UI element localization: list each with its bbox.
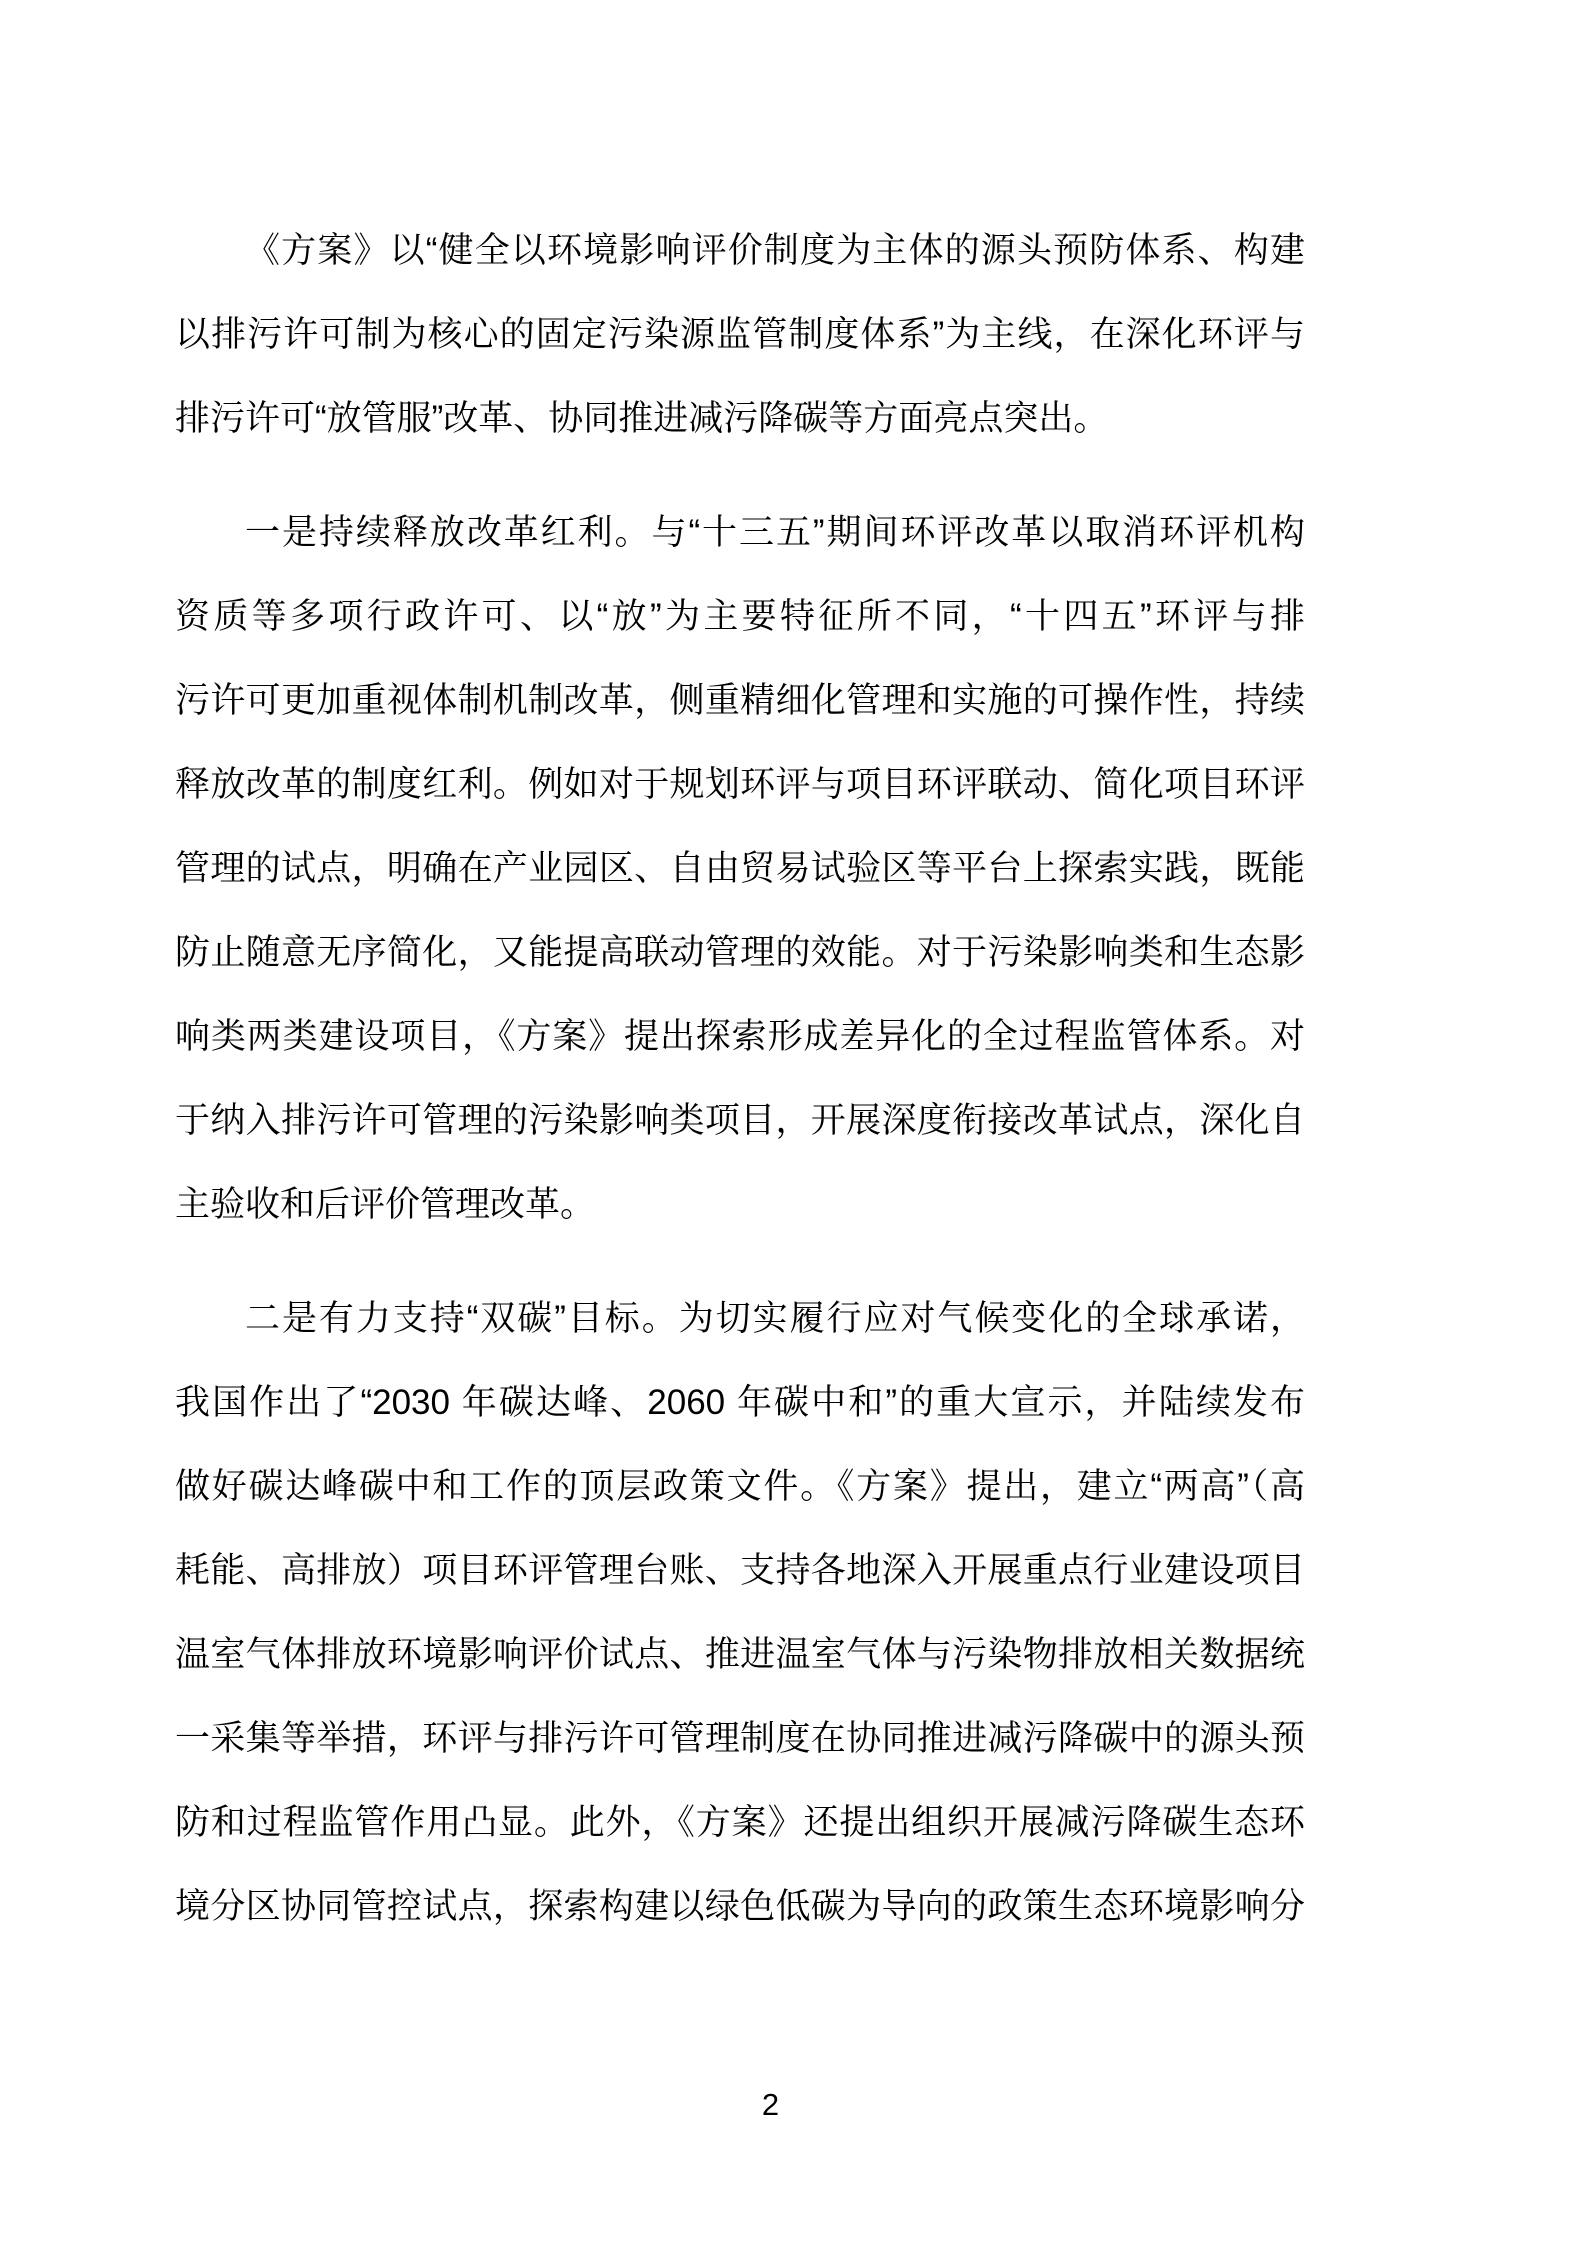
text-line: 耗能、高排放）项目环评管理台账、支持各地深入开展重点行业建设项目 [175,1529,1305,1613]
text-line: 主验收和后评价管理改革。 [175,1163,1305,1247]
text-line: 响类两类建设项目，《方案》提出探索形成差异化的全过程监管体系。对 [175,995,1305,1079]
text-line: 温室气体排放环境影响评价试点、推进温室气体与污染物排放相关数据统 [175,1613,1305,1697]
text-line: 管理的试点，明确在产业园区、自由贸易试验区等平台上探索实践，既能 [175,827,1305,911]
text-line: 防止随意无序简化，又能提高联动管理的效能。对于污染影响类和生态影 [175,911,1305,995]
text-line: 做好碳达峰碳中和工作的顶层政策文件。《方案》提出，建立“两高”（高 [175,1445,1305,1529]
text-line: 二是有力支持“双碳”目标。为切实履行应对气候变化的全球承诺， [175,1277,1305,1361]
text-line: 一是持续释放改革红利。与“十三五”期间环评改革以取消环评机构 [175,491,1305,575]
text-line: 我国作出了“2030 年碳达峰、2060 年碳中和”的重大宣示，并陆续发布 [175,1361,1305,1445]
text-line: 资质等多项行政许可、以“放”为主要特征所不同，“十四五”环评与排 [175,575,1305,659]
text-line: 境分区协同管控试点，探索构建以绿色低碳为导向的政策生态环境影响分 [175,1865,1305,1949]
text-line: 一采集等举措，环评与排污许可管理制度在协同推进减污降碳中的源头预 [175,1697,1305,1781]
page-number: 2 [0,2085,1541,2125]
text-line: 《方案》以“健全以环境影响评价制度为主体的源头预防体系、构建 [175,209,1305,293]
text-line: 排污许可“放管服”改革、协同推进减污降碳等方面亮点突出。 [175,377,1305,461]
text-line: 以排污许可制为核心的固定污染源监管制度体系”为主线，在深化环评与 [175,293,1305,377]
text-line: 释放改革的制度红利。例如对于规划环评与项目环评联动、简化项目环评 [175,743,1305,827]
paragraph: 一是持续释放改革红利。与“十三五”期间环评改革以取消环评机构资质等多项行政许可、… [175,491,1305,1247]
paragraph: 二是有力支持“双碳”目标。为切实履行应对气候变化的全球承诺，我国作出了“2030… [175,1277,1305,1949]
text-line: 污许可更加重视体制机制改革，侧重精细化管理和实施的可操作性，持续 [175,659,1305,743]
document-body: 《方案》以“健全以环境影响评价制度为主体的源头预防体系、构建以排污许可制为核心的… [175,209,1305,1979]
paragraph: 《方案》以“健全以环境影响评价制度为主体的源头预防体系、构建以排污许可制为核心的… [175,209,1305,461]
text-line: 于纳入排污许可管理的污染影响类项目，开展深度衔接改革试点，深化自 [175,1079,1305,1163]
text-line: 防和过程监管作用凸显。此外，《方案》还提出组织开展减污降碳生态环 [175,1781,1305,1865]
